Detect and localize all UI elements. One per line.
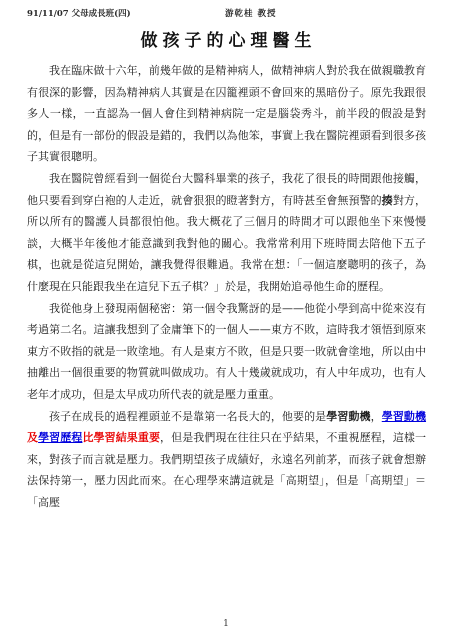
paragraph: 孩子在成長的過程裡頭並不是靠第一名長大的，他要的是學習動機，學習動機及學習歷程比… bbox=[27, 406, 426, 514]
hyperlink[interactable]: 學習歷程 bbox=[38, 431, 82, 444]
page-header: 91/11/07 父母成長班(四) 游乾桂 教授 bbox=[27, 7, 425, 21]
text-run: 我從他身上發現兩個秘密：第一個令我驚訝的是——他從小學到高中從來沒有考過第二名。… bbox=[27, 302, 426, 401]
body-text: 我在臨床做十六年，前幾年做的是精神病人，做精神病人對於我在做親職教育有很深的影響… bbox=[27, 60, 426, 513]
paragraph: 我從他身上發現兩個秘密：第一個令我驚訝的是——他從小學到高中從來沒有考過第二名。… bbox=[27, 298, 426, 406]
text-run: 對方，所以所有的醫護人員都很怕他。我大概花了三個月的時間才可以跟他坐下來慢慢談，… bbox=[27, 194, 426, 293]
page-number: 1 bbox=[0, 619, 452, 629]
hyperlink[interactable]: 學習動機 bbox=[382, 410, 426, 423]
text-run: 學習動機 bbox=[326, 410, 370, 423]
paragraph: 我在醫院曾經看到一個從台大醫科畢業的孩子，我花了很長的時間跟他接觸，他只要看到穿… bbox=[27, 168, 426, 298]
header-author: 游乾桂 教授 bbox=[225, 7, 276, 19]
text-run: 及 bbox=[27, 431, 38, 444]
paragraph: 我在臨床做十六年，前幾年做的是精神病人，做精神病人對於我在做親職教育有很深的影響… bbox=[27, 60, 426, 168]
text-run: 我在臨床做十六年，前幾年做的是精神病人，做精神病人對於我在做親職教育有很深的影響… bbox=[27, 64, 426, 163]
document-page: 91/11/07 父母成長班(四) 游乾桂 教授 做孩子的心理醫生 我在臨床做十… bbox=[0, 0, 452, 640]
text-run: 孩子在成長的過程裡頭並不是靠第一名長大的，他要的是 bbox=[49, 410, 326, 423]
text-run: 比學習結果重要 bbox=[82, 431, 160, 444]
text-run: ， bbox=[371, 410, 382, 423]
header-date-class: 91/11/07 父母成長班(四) bbox=[27, 7, 131, 19]
text-run: 揍 bbox=[382, 194, 393, 207]
page-title: 做孩子的心理醫生 bbox=[0, 26, 452, 51]
text-run: 我在醫院曾經看到一個從台大醫科畢業的孩子，我花了很長的時間跟他接觸，他只要看到穿… bbox=[27, 172, 426, 207]
